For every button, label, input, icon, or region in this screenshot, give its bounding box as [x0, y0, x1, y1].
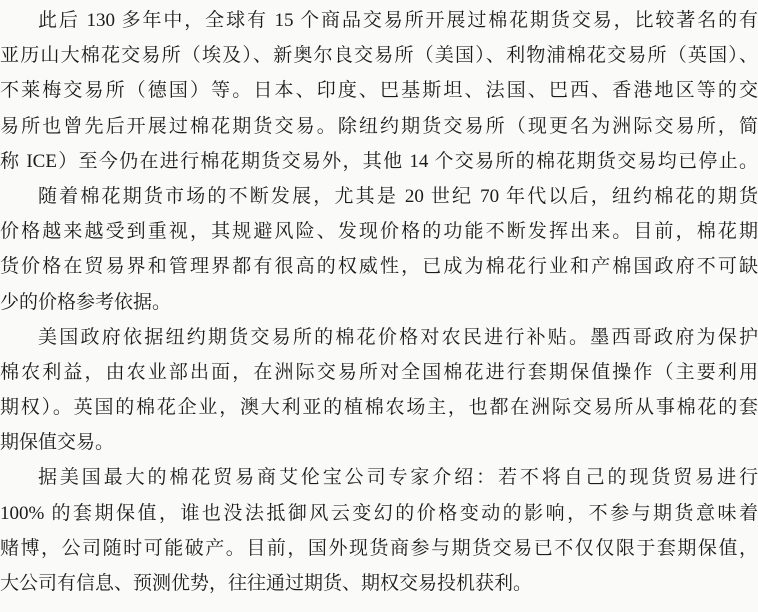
text-line: 不莱梅交易所（德国）等。日本、印度、巴基斯坦、法国、巴西、香港地区等的交: [0, 73, 758, 108]
text-line: 易所也曾先后开展过棉花期货交易。除纽约期货交易所（现更名为洲际交易所，简: [0, 109, 758, 144]
text-line: 期保值交易。: [0, 425, 758, 460]
text-line: 称 ICE）至今仍在进行棉花期货交易外，其他 14 个交易所的棉花期货交易均已停…: [0, 144, 758, 179]
text-line: 100% 的套期保值，谁也没法抵御风云变幻的价格变动的影响，不参与期货意味着: [0, 496, 758, 531]
text-line: 此后 130 多年中，全球有 15 个商品交易所开展过棉花期货交易，比较著名的有: [0, 3, 758, 38]
text-line: 亚历山大棉花交易所（埃及）、新奥尔良交易所（美国）、利物浦棉花交易所（英国）、: [0, 38, 758, 73]
text-line: 大公司有信息、预测优势，往往通过期货、期权交易投机获利。: [0, 566, 758, 601]
text-line: 期权）。英国的棉花企业，澳大利亚的植棉农场主，也都在洲际交易所从事棉花的套: [0, 390, 758, 425]
text-line: 价格越来越受到重视，其规避风险、发现价格的功能不断发挥出来。目前，棉花期: [0, 214, 758, 249]
text-line: 棉农利益，由农业部出面，在洲际交易所对全国棉花进行套期保值操作（主要利用: [0, 355, 758, 390]
text-line: 赌博，公司随时可能破产。目前，国外现货商参与期货交易已不仅仅限于套期保值，: [0, 531, 758, 566]
document-page: 此后 130 多年中，全球有 15 个商品交易所开展过棉花期货交易，比较著名的有…: [0, 0, 758, 612]
text-line: 少的价格参考依据。: [0, 285, 758, 320]
text-line: 随着棉花期货市场的不断发展，尤其是 20 世纪 70 年代以后，纽约棉花的期货: [0, 179, 758, 214]
text-line: 美国政府依据纽约期货交易所的棉花价格对农民进行补贴。墨西哥政府为保护: [0, 320, 758, 355]
text-line: 货价格在贸易界和管理界都有很高的权威性，已成为棉花行业和产棉国政府不可缺: [0, 249, 758, 284]
text-line: 据美国最大的棉花贸易商艾伦宝公司专家介绍：若不将自己的现货贸易进行: [0, 460, 758, 495]
